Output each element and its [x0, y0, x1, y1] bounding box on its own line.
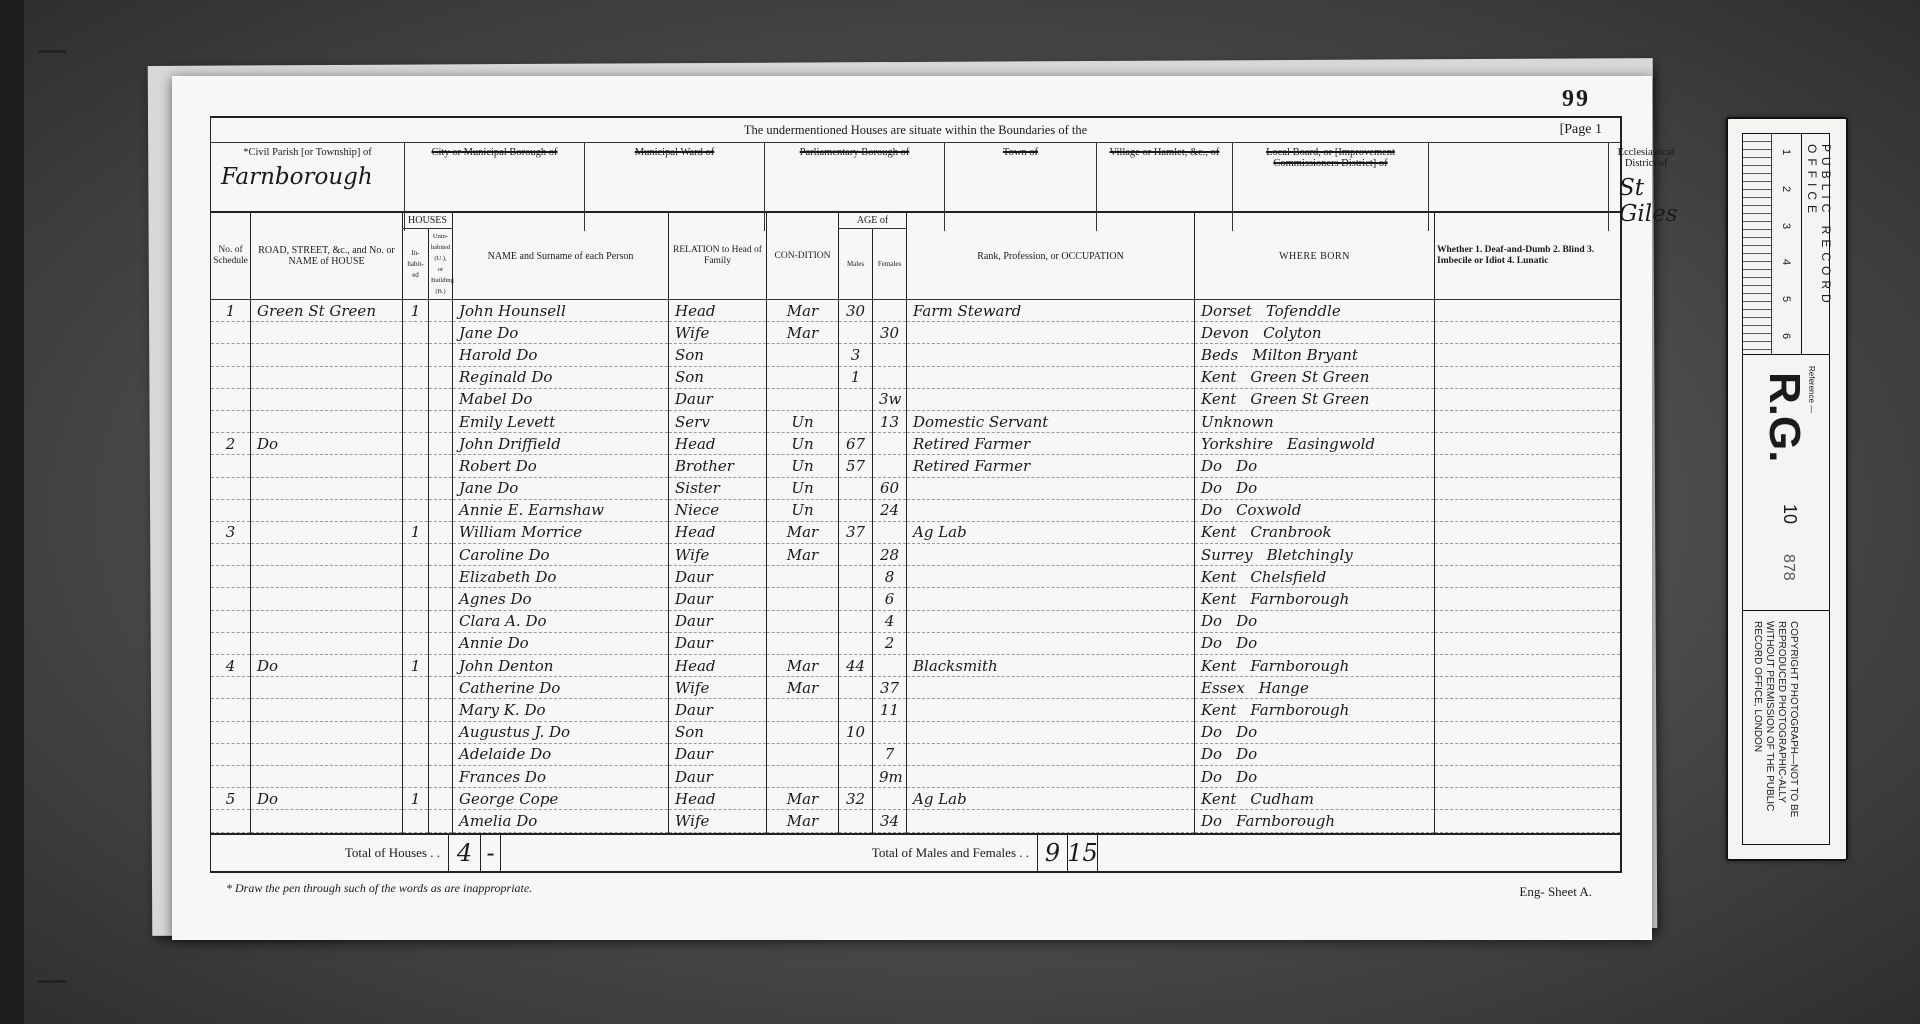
born-place: Green St Green	[1250, 368, 1369, 386]
infirmity-cell	[1435, 743, 1621, 765]
inhabited-cell: 1	[403, 655, 429, 677]
road-cell	[251, 410, 403, 432]
condition-cell: Mar	[767, 788, 839, 810]
ruler-number: 3	[1780, 223, 1792, 229]
female-age-cell: 34	[873, 810, 907, 832]
area-label: Parliamentary Borough of	[771, 147, 938, 158]
born-place: Milton Bryant	[1252, 346, 1358, 364]
condition-cell: Mar	[767, 322, 839, 344]
road-cell	[251, 521, 403, 543]
female-age-cell	[873, 721, 907, 743]
condition-cell	[767, 566, 839, 588]
road-cell	[251, 632, 403, 654]
schedule-cell	[211, 499, 251, 521]
where-born-cell: DoDo	[1195, 743, 1435, 765]
scale-ruler: 123456 PUBLIC RECORD OFFICE	[1743, 134, 1829, 355]
female-age-cell	[873, 300, 907, 322]
where-born-cell: BedsMilton Bryant	[1195, 344, 1435, 366]
area-field: Ecclesiastical District ofSt Giles	[1609, 143, 1684, 231]
area-field: City or Municipal Borough of	[405, 143, 585, 231]
born-county: Beds	[1201, 346, 1238, 364]
born-place: Coxwold	[1236, 501, 1301, 519]
male-age-cell	[839, 743, 873, 765]
inhabited-cell	[403, 588, 429, 610]
relation-cell: Son	[669, 721, 767, 743]
ruler-number: 4	[1780, 259, 1792, 265]
born-county: Dorset	[1201, 302, 1252, 320]
name-cell: Frances Do	[453, 765, 669, 787]
born-place: Bletchingly	[1267, 546, 1353, 564]
female-age-cell	[873, 455, 907, 477]
born-county: Kent	[1201, 390, 1236, 408]
where-born-cell: DoCoxwold	[1195, 499, 1435, 521]
ruler-number: 5	[1780, 296, 1792, 302]
condition-cell	[767, 588, 839, 610]
total-females: 15	[1068, 835, 1098, 871]
inhabited-cell	[403, 322, 429, 344]
infirmity-cell	[1435, 388, 1621, 410]
table-row: Caroline DoWifeMar28SurreyBletchingly	[211, 544, 1622, 566]
copyright-notice: COPYRIGHT PHOTOGRAPH—NOT TO BE REPRODUCE…	[1743, 610, 1829, 845]
male-age-cell: 37	[839, 521, 873, 543]
schedule-cell	[211, 810, 251, 832]
table-row: Annie E. EarnshawNieceUn24DoCoxwold	[211, 499, 1622, 521]
road-cell: Do	[251, 788, 403, 810]
table-row: 2DoJohn DriffieldHeadUn67Retired FarmerY…	[211, 433, 1622, 455]
born-county: Kent	[1201, 523, 1236, 541]
occupation-cell	[907, 477, 1195, 499]
male-age-cell	[839, 677, 873, 699]
condition-cell: Un	[767, 410, 839, 432]
table-row: Elizabeth DoDaur8KentChelsfield	[211, 566, 1622, 588]
name-cell: Agnes Do	[453, 588, 669, 610]
uninhabited-cell	[429, 477, 453, 499]
infirmity-cell	[1435, 810, 1621, 832]
female-age-cell: 37	[873, 677, 907, 699]
preamble: The undermentioned Houses are situate wi…	[210, 118, 1622, 142]
born-county: Do	[1201, 457, 1222, 475]
road-cell	[251, 344, 403, 366]
condition-cell: Un	[767, 433, 839, 455]
schedule-cell	[211, 455, 251, 477]
condition-cell	[767, 388, 839, 410]
female-age-cell: 11	[873, 699, 907, 721]
relation-cell: Head	[669, 433, 767, 455]
condition-cell	[767, 610, 839, 632]
total-males: 9	[1038, 835, 1068, 871]
road-cell	[251, 699, 403, 721]
infirmity-cell	[1435, 521, 1621, 543]
infirmity-cell	[1435, 322, 1621, 344]
condition-cell: Un	[767, 477, 839, 499]
born-county: Do	[1201, 634, 1222, 652]
born-place: Chelsfield	[1250, 568, 1326, 586]
road-cell	[251, 566, 403, 588]
schedule-cell: 2	[211, 433, 251, 455]
where-born-cell: KentGreen St Green	[1195, 388, 1435, 410]
road-cell: Do	[251, 433, 403, 455]
born-place: Cudham	[1250, 790, 1314, 808]
male-age-cell	[839, 477, 873, 499]
uninhabited-cell	[429, 455, 453, 477]
occupation-cell	[907, 344, 1195, 366]
born-place: Do	[1236, 634, 1257, 652]
born-county: Kent	[1201, 790, 1236, 808]
occupation-cell	[907, 499, 1195, 521]
ruler-numbers: 123456	[1771, 134, 1802, 354]
infirmity-cell	[1435, 610, 1621, 632]
inhabited-cell	[403, 810, 429, 832]
relation-cell: Wife	[669, 544, 767, 566]
ruler-ticks	[1743, 134, 1772, 354]
male-age-cell: 1	[839, 366, 873, 388]
boundary-areas: *Civil Parish [or Township] ofFarnboroug…	[210, 142, 1622, 213]
road-cell	[251, 677, 403, 699]
area-field: Local Board, or [Improvement Commissione…	[1233, 143, 1429, 231]
where-born-cell: KentFarnborough	[1195, 655, 1435, 677]
female-age-cell: 7	[873, 743, 907, 765]
condition-cell	[767, 699, 839, 721]
schedule-cell: 1	[211, 300, 251, 322]
born-county: Yorkshire	[1201, 435, 1273, 453]
preamble-text: The undermentioned Houses are situate wi…	[744, 123, 1087, 137]
infirmity-cell	[1435, 366, 1621, 388]
female-age-cell	[873, 433, 907, 455]
office-name: PUBLIC RECORD OFFICE	[1805, 144, 1833, 354]
table-row: 31William MorriceHeadMar37Ag LabKentCran…	[211, 521, 1622, 543]
male-age-cell	[839, 810, 873, 832]
table-row: Annie DoDaur2DoDo	[211, 632, 1622, 654]
infirmity-cell	[1435, 566, 1621, 588]
table-row: Mary K. DoDaur11KentFarnborough	[211, 699, 1622, 721]
infirmity-cell	[1435, 455, 1621, 477]
where-born-cell: SurreyBletchingly	[1195, 544, 1435, 566]
area-field: Town of	[945, 143, 1097, 231]
born-county: Kent	[1201, 657, 1236, 675]
infirmity-cell	[1435, 499, 1621, 521]
female-age-cell	[873, 655, 907, 677]
table-row: Amelia DoWifeMar34DoFarnborough	[211, 810, 1622, 832]
area-value: St Giles	[1615, 175, 1678, 227]
road-cell	[251, 610, 403, 632]
infirmity-cell	[1435, 544, 1621, 566]
male-age-cell: 30	[839, 300, 873, 322]
uninhabited-cell	[429, 344, 453, 366]
occupation-cell	[907, 322, 1195, 344]
where-born-cell: KentFarnborough	[1195, 699, 1435, 721]
uninhabited-cell	[429, 765, 453, 787]
uninhabited-cell	[429, 544, 453, 566]
occupation-cell: Ag Lab	[907, 521, 1195, 543]
road-cell	[251, 544, 403, 566]
inhabited-cell	[403, 344, 429, 366]
where-born-cell: EssexHange	[1195, 677, 1435, 699]
col-females: Females	[873, 229, 907, 300]
schedule-cell	[211, 366, 251, 388]
where-born-cell: DoDo	[1195, 765, 1435, 787]
occupation-cell	[907, 544, 1195, 566]
relation-cell: Sister	[669, 477, 767, 499]
where-born-cell: KentFarnborough	[1195, 588, 1435, 610]
area-field: *Civil Parish [or Township] ofFarnboroug…	[211, 143, 405, 231]
condition-cell	[767, 366, 839, 388]
female-age-cell: 2	[873, 632, 907, 654]
relation-cell: Wife	[669, 322, 767, 344]
relation-cell: Head	[669, 521, 767, 543]
infirmity-cell	[1435, 300, 1621, 322]
occupation-cell	[907, 632, 1195, 654]
male-age-cell: 44	[839, 655, 873, 677]
where-born-cell: KentCudham	[1195, 788, 1435, 810]
name-cell: Amelia Do	[453, 810, 669, 832]
infirmity-cell	[1435, 477, 1621, 499]
condition-cell: Mar	[767, 677, 839, 699]
infirmity-cell	[1435, 699, 1621, 721]
inhabited-cell	[403, 455, 429, 477]
male-age-cell	[839, 566, 873, 588]
female-age-cell: 4	[873, 610, 907, 632]
schedule-cell	[211, 677, 251, 699]
name-cell: Mary K. Do	[453, 699, 669, 721]
relation-cell: Head	[669, 300, 767, 322]
road-cell	[251, 366, 403, 388]
total-persons-label: Total of Males and Females . .	[501, 835, 1038, 871]
female-age-cell	[873, 521, 907, 543]
born-county: Do	[1201, 745, 1222, 763]
inhabited-cell	[403, 743, 429, 765]
infirmity-cell	[1435, 788, 1621, 810]
born-county: Do	[1201, 812, 1222, 830]
occupation-cell	[907, 765, 1195, 787]
born-place: Tofenddle	[1266, 302, 1341, 320]
piece-number: 10	[1779, 504, 1800, 524]
born-county: Kent	[1201, 590, 1236, 608]
relation-cell: Daur	[669, 632, 767, 654]
infirmity-cell	[1435, 677, 1621, 699]
uninhabited-cell	[429, 810, 453, 832]
female-age-cell: 6	[873, 588, 907, 610]
born-place: Farnborough	[1236, 812, 1335, 830]
table-row: Harold DoSon3BedsMilton Bryant	[211, 344, 1622, 366]
relation-cell: Daur	[669, 743, 767, 765]
road-cell	[251, 322, 403, 344]
condition-cell: Mar	[767, 544, 839, 566]
schedule-cell: 5	[211, 788, 251, 810]
relation-cell: Daur	[669, 765, 767, 787]
occupation-cell	[907, 699, 1195, 721]
name-cell: George Cope	[453, 788, 669, 810]
where-born-cell: KentCranbrook	[1195, 521, 1435, 543]
female-age-cell: 3w	[873, 388, 907, 410]
where-born-cell: DorsetTofenddle	[1195, 300, 1435, 322]
road-cell	[251, 499, 403, 521]
total-inhabited: 4	[449, 835, 481, 871]
born-place: Do	[1236, 612, 1257, 630]
occupation-cell	[907, 566, 1195, 588]
inhabited-cell	[403, 410, 429, 432]
uninhabited-cell	[429, 300, 453, 322]
male-age-cell: 32	[839, 788, 873, 810]
name-cell: William Morrice	[453, 521, 669, 543]
uninhabited-cell	[429, 566, 453, 588]
road-cell	[251, 588, 403, 610]
schedule-cell	[211, 477, 251, 499]
occupation-cell: Domestic Servant	[907, 410, 1195, 432]
condition-cell: Un	[767, 455, 839, 477]
table-row: Jane DoSisterUn60DoDo	[211, 477, 1622, 499]
inhabited-cell	[403, 632, 429, 654]
infirmity-cell	[1435, 765, 1621, 787]
condition-cell: Mar	[767, 521, 839, 543]
table-row: Robert DoBrotherUn57Retired FarmerDoDo	[211, 455, 1622, 477]
occupation-cell	[907, 588, 1195, 610]
table-row: 4Do1John DentonHeadMar44BlacksmithKentFa…	[211, 655, 1622, 677]
totals-row: Total of Houses . . 4 - Total of Males a…	[210, 833, 1622, 873]
born-county: Do	[1201, 768, 1222, 786]
road-cell	[251, 455, 403, 477]
schedule-cell	[211, 344, 251, 366]
female-age-cell	[873, 788, 907, 810]
where-born-cell: DoDo	[1195, 632, 1435, 654]
infirmity-cell	[1435, 721, 1621, 743]
occupation-cell	[907, 388, 1195, 410]
inhabited-cell	[403, 477, 429, 499]
inhabited-cell	[403, 388, 429, 410]
condition-cell	[767, 632, 839, 654]
area-value: Farnborough	[217, 164, 398, 190]
page-ref: [Page 1	[1560, 118, 1602, 142]
uninhabited-cell	[429, 655, 453, 677]
uninhabited-cell	[429, 632, 453, 654]
condition-cell	[767, 765, 839, 787]
schedule-cell	[211, 610, 251, 632]
table-row: Augustus J. DoSon10DoDo	[211, 721, 1622, 743]
name-cell: Jane Do	[453, 477, 669, 499]
born-county: Kent	[1201, 568, 1236, 586]
area-field: Village or Hamlet, &c., of	[1097, 143, 1233, 231]
born-place: Do	[1236, 479, 1257, 497]
inhabited-cell	[403, 433, 429, 455]
schedule-cell	[211, 699, 251, 721]
male-age-cell	[839, 544, 873, 566]
name-cell: John Denton	[453, 655, 669, 677]
uninhabited-cell	[429, 521, 453, 543]
road-cell	[251, 477, 403, 499]
inhabited-cell	[403, 499, 429, 521]
name-cell: Harold Do	[453, 344, 669, 366]
col-uninhabited: Unin-habited (U.), or Building (B.)	[429, 229, 453, 300]
name-cell: John Driffield	[453, 433, 669, 455]
uninhabited-cell	[429, 433, 453, 455]
where-born-cell: DoDo	[1195, 477, 1435, 499]
uninhabited-cell	[429, 322, 453, 344]
born-county: Do	[1201, 612, 1222, 630]
born-place: Cranbrook	[1250, 523, 1331, 541]
name-cell: Annie Do	[453, 632, 669, 654]
born-place: Do	[1236, 745, 1257, 763]
road-cell: Green St Green	[251, 300, 403, 322]
name-cell: Jane Do	[453, 322, 669, 344]
infirmity-cell	[1435, 632, 1621, 654]
occupation-cell: Retired Farmer	[907, 433, 1195, 455]
area-label: City or Municipal Borough of	[411, 147, 578, 158]
table-row: Jane DoWifeMar30DevonColyton	[211, 322, 1622, 344]
condition-cell	[767, 743, 839, 765]
where-born-cell: KentGreen St Green	[1195, 366, 1435, 388]
inhabited-cell	[403, 699, 429, 721]
infirmity-cell	[1435, 588, 1621, 610]
sheet-mark: Eng- Sheet A.	[1519, 884, 1592, 900]
road-cell	[251, 765, 403, 787]
relation-cell: Son	[669, 366, 767, 388]
table-row: Adelaide DoDaur7DoDo	[211, 743, 1622, 765]
inhabited-cell	[403, 566, 429, 588]
area-field: Municipal Ward of	[585, 143, 765, 231]
scan-mark	[38, 980, 66, 983]
copyright-text: COPYRIGHT PHOTOGRAPH—NOT TO BE REPRODUCE…	[1751, 621, 1799, 845]
where-born-cell: DoFarnborough	[1195, 810, 1435, 832]
name-cell: Elizabeth Do	[453, 566, 669, 588]
area-label: Ecclesiastical District of	[1615, 147, 1678, 169]
road-cell	[251, 388, 403, 410]
occupation-cell	[907, 810, 1195, 832]
relation-cell: Daur	[669, 699, 767, 721]
area-label: Municipal Ward of	[591, 147, 758, 158]
census-page: 99 The undermentioned Houses are situate…	[172, 76, 1652, 940]
female-age-cell: 24	[873, 499, 907, 521]
born-place: Green St Green	[1250, 390, 1369, 408]
folio-number: 99	[1562, 86, 1590, 113]
inhabited-cell: 1	[403, 788, 429, 810]
col-inhabited: In-habit-ed	[403, 229, 429, 300]
female-age-cell: 9m	[873, 765, 907, 787]
infirmity-cell	[1435, 410, 1621, 432]
relation-cell: Daur	[669, 588, 767, 610]
schedule-cell	[211, 743, 251, 765]
born-place: Farnborough	[1250, 657, 1349, 675]
inhabited-cell	[403, 721, 429, 743]
occupation-cell	[907, 743, 1195, 765]
female-age-cell: 30	[873, 322, 907, 344]
born-county: Do	[1201, 479, 1222, 497]
born-county: Do	[1201, 723, 1222, 741]
relation-cell: Wife	[669, 810, 767, 832]
male-age-cell	[839, 610, 873, 632]
occupation-cell: Blacksmith	[907, 655, 1195, 677]
inhabited-cell	[403, 765, 429, 787]
born-county: Essex	[1201, 679, 1245, 697]
schedule-cell	[211, 322, 251, 344]
occupation-cell: Retired Farmer	[907, 455, 1195, 477]
where-born-cell: DoDo	[1195, 721, 1435, 743]
born-place: Farnborough	[1250, 701, 1349, 719]
schedule-cell	[211, 588, 251, 610]
name-cell: Clara A. Do	[453, 610, 669, 632]
occupation-cell	[907, 721, 1195, 743]
road-cell	[251, 721, 403, 743]
uninhabited-cell	[429, 410, 453, 432]
female-age-cell: 13	[873, 410, 907, 432]
where-born-cell: KentChelsfield	[1195, 566, 1435, 588]
occupation-cell	[907, 610, 1195, 632]
name-cell: Emily Levett	[453, 410, 669, 432]
uninhabited-cell	[429, 610, 453, 632]
schedule-cell: 4	[211, 655, 251, 677]
name-cell: Reginald Do	[453, 366, 669, 388]
female-age-cell: 8	[873, 566, 907, 588]
table-row: Emily LevettServUn13Domestic ServantUnkn…	[211, 410, 1622, 432]
area-label: Village or Hamlet, &c., of	[1103, 147, 1226, 158]
